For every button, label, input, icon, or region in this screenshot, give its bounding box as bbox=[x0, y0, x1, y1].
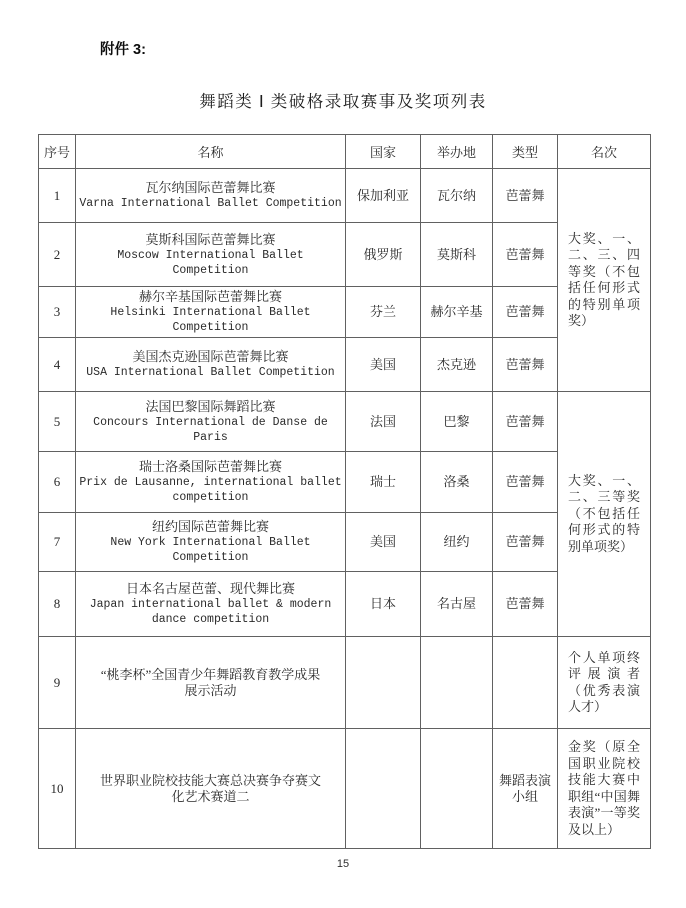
cell-name: 瓦尔纳国际芭蕾舞比赛 Varna International Ballet Co… bbox=[76, 169, 346, 223]
cell-city: 巴黎 bbox=[421, 392, 493, 452]
cell-seq: 3 bbox=[39, 287, 76, 338]
cell-seq: 5 bbox=[39, 392, 76, 452]
document-page: 附件 3: 舞蹈类 Ⅰ 类破格录取赛事及奖项列表 序号 名称 国家 举办地 类型… bbox=[0, 0, 686, 908]
cell-name: 日本名古屋芭蕾、现代舞比赛 Japan international ballet… bbox=[76, 572, 346, 637]
header-seq: 序号 bbox=[39, 135, 76, 169]
header-type: 类型 bbox=[493, 135, 558, 169]
cell-type bbox=[493, 637, 558, 729]
cell-seq: 10 bbox=[39, 729, 76, 849]
cell-name: 赫尔辛基国际芭蕾舞比赛 Helsinki International Balle… bbox=[76, 287, 346, 338]
cell-type: 芭蕾舞 bbox=[493, 287, 558, 338]
cell-city: 纽约 bbox=[421, 513, 493, 572]
competition-name-en: Helsinki International Ballet Competitio… bbox=[77, 305, 344, 335]
cell-seq: 9 bbox=[39, 637, 76, 729]
cell-seq: 8 bbox=[39, 572, 76, 637]
competition-name-cn: 莫斯科国际芭蕾舞比赛 bbox=[77, 232, 344, 248]
cell-name: 莫斯科国际芭蕾舞比赛 Moscow International Ballet C… bbox=[76, 223, 346, 287]
cell-name: 纽约国际芭蕾舞比赛 New York International Ballet … bbox=[76, 513, 346, 572]
cell-city: 洛桑 bbox=[421, 452, 493, 513]
cell-city: 杰克逊 bbox=[421, 338, 493, 392]
cell-country: 俄罗斯 bbox=[346, 223, 421, 287]
cell-country: 美国 bbox=[346, 338, 421, 392]
competition-name-en: Varna International Ballet Competition bbox=[77, 196, 344, 211]
header-city: 举办地 bbox=[421, 135, 493, 169]
cell-type: 芭蕾舞 bbox=[493, 223, 558, 287]
cell-type: 芭蕾舞 bbox=[493, 572, 558, 637]
cell-city: 名古屋 bbox=[421, 572, 493, 637]
competition-name-cn: 日本名古屋芭蕾、现代舞比赛 bbox=[77, 581, 344, 597]
competitions-table: 序号 名称 国家 举办地 类型 名次 1 瓦尔纳国际芭蕾舞比赛 Varna In… bbox=[38, 134, 651, 849]
attachment-label: 附件 3: bbox=[100, 38, 146, 59]
cell-type: 舞蹈表演小组 bbox=[493, 729, 558, 849]
header-rank: 名次 bbox=[558, 135, 651, 169]
competition-name-cn: “桃李杯”全国青少年舞蹈教育教学成果 展示活动 bbox=[77, 667, 344, 699]
cell-seq: 1 bbox=[39, 169, 76, 223]
cell-name: 美国杰克逊国际芭蕾舞比赛 USA International Ballet Co… bbox=[76, 338, 346, 392]
cell-city bbox=[421, 729, 493, 849]
cell-name: 瑞士洛桑国际芭蕾舞比赛 Prix de Lausanne, internatio… bbox=[76, 452, 346, 513]
cell-country: 保加利亚 bbox=[346, 169, 421, 223]
competition-name-cn: 瑞士洛桑国际芭蕾舞比赛 bbox=[77, 459, 344, 475]
competition-name-cn: 纽约国际芭蕾舞比赛 bbox=[77, 519, 344, 535]
competition-name-en: Concours International de Danse de Paris bbox=[77, 415, 344, 445]
cell-city: 莫斯科 bbox=[421, 223, 493, 287]
competition-name-cn: 世界职业院校技能大赛总决赛争夺赛文 化艺术赛道二 bbox=[77, 773, 344, 805]
competition-name-en: New York International Ballet Competitio… bbox=[77, 535, 344, 565]
cell-country: 芬兰 bbox=[346, 287, 421, 338]
cell-rank: 金奖（原全国职业院校技能大赛中职组“中国舞表演”一等奖及以上） bbox=[558, 729, 651, 849]
cell-rank: 个人单项终评展演者（优秀表演人才） bbox=[558, 637, 651, 729]
cell-country bbox=[346, 729, 421, 849]
header-name: 名称 bbox=[76, 135, 346, 169]
page-number: 15 bbox=[0, 858, 686, 870]
cell-city bbox=[421, 637, 493, 729]
cell-type: 芭蕾舞 bbox=[493, 452, 558, 513]
cell-city: 赫尔辛基 bbox=[421, 287, 493, 338]
cell-country: 日本 bbox=[346, 572, 421, 637]
competition-name-cn: 瓦尔纳国际芭蕾舞比赛 bbox=[77, 180, 344, 196]
table-row: 5 法国巴黎国际舞蹈比赛 Concours International de D… bbox=[39, 392, 651, 452]
table-row: 9 “桃李杯”全国青少年舞蹈教育教学成果 展示活动 个人单项终评展演者（优秀表演… bbox=[39, 637, 651, 729]
competition-name-en: Japan international ballet & modern danc… bbox=[77, 597, 344, 627]
competition-name-en: Prix de Lausanne, international ballet c… bbox=[77, 475, 344, 505]
cell-seq: 2 bbox=[39, 223, 76, 287]
competition-name-cn: 美国杰克逊国际芭蕾舞比赛 bbox=[77, 349, 344, 365]
table-header-row: 序号 名称 国家 举办地 类型 名次 bbox=[39, 135, 651, 169]
cell-name: 法国巴黎国际舞蹈比赛 Concours International de Dan… bbox=[76, 392, 346, 452]
cell-country: 瑞士 bbox=[346, 452, 421, 513]
cell-seq: 6 bbox=[39, 452, 76, 513]
competition-name-en: Moscow International Ballet Competition bbox=[77, 248, 344, 278]
header-country: 国家 bbox=[346, 135, 421, 169]
competition-name-cn: 赫尔辛基国际芭蕾舞比赛 bbox=[77, 289, 344, 305]
cell-type: 芭蕾舞 bbox=[493, 513, 558, 572]
cell-type: 芭蕾舞 bbox=[493, 338, 558, 392]
cell-rank-merged-1-4: 大奖、一、二、三、四等奖（不包括任何形式的特别单项奖） bbox=[558, 169, 651, 392]
table-row: 10 世界职业院校技能大赛总决赛争夺赛文 化艺术赛道二 舞蹈表演小组 金奖（原全… bbox=[39, 729, 651, 849]
cell-name: 世界职业院校技能大赛总决赛争夺赛文 化艺术赛道二 bbox=[76, 729, 346, 849]
table-row: 1 瓦尔纳国际芭蕾舞比赛 Varna International Ballet … bbox=[39, 169, 651, 223]
cell-name: “桃李杯”全国青少年舞蹈教育教学成果 展示活动 bbox=[76, 637, 346, 729]
competition-name-cn: 法国巴黎国际舞蹈比赛 bbox=[77, 399, 344, 415]
cell-country: 美国 bbox=[346, 513, 421, 572]
cell-type: 芭蕾舞 bbox=[493, 169, 558, 223]
competition-name-en: USA International Ballet Competition bbox=[77, 365, 344, 380]
cell-country bbox=[346, 637, 421, 729]
cell-type: 芭蕾舞 bbox=[493, 392, 558, 452]
cell-rank-merged-5-8: 大奖、一、二、三等奖（不包括任何形式的特别单项奖） bbox=[558, 392, 651, 637]
cell-city: 瓦尔纳 bbox=[421, 169, 493, 223]
cell-country: 法国 bbox=[346, 392, 421, 452]
cell-seq: 7 bbox=[39, 513, 76, 572]
page-title: 舞蹈类 Ⅰ 类破格录取赛事及奖项列表 bbox=[0, 88, 686, 112]
cell-seq: 4 bbox=[39, 338, 76, 392]
